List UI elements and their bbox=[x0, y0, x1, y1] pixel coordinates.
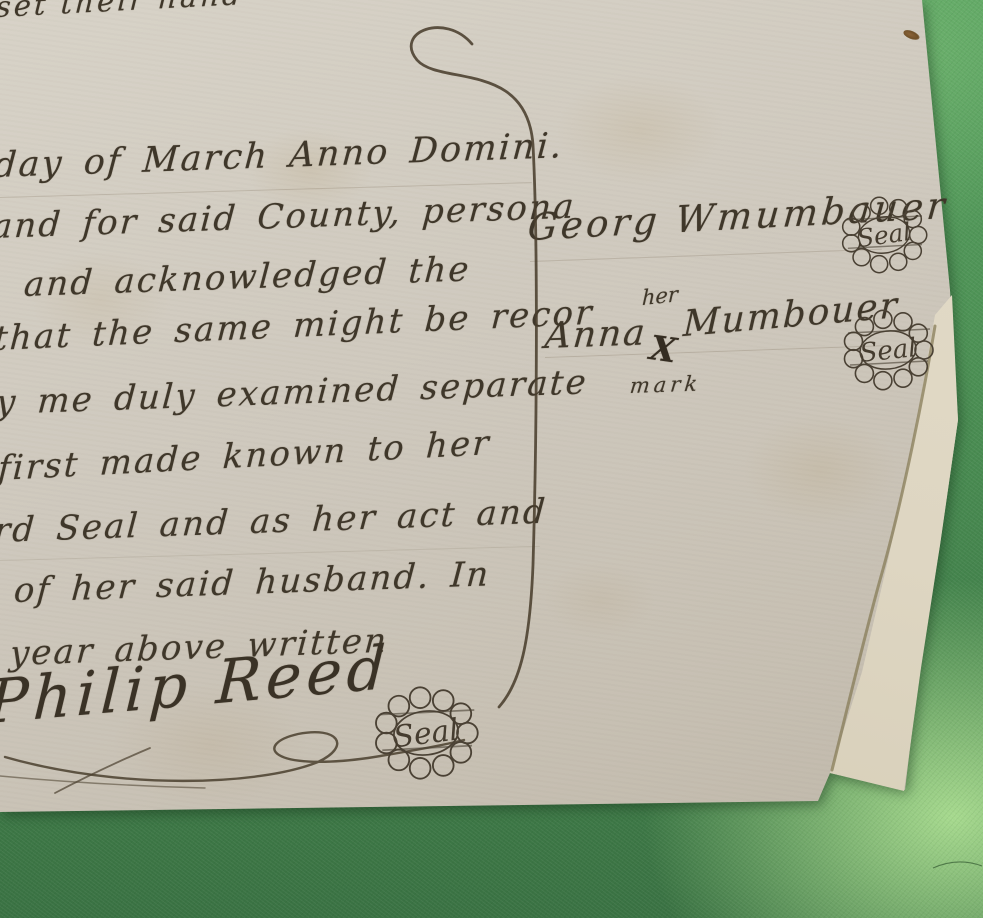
her-mark-cross: X bbox=[647, 328, 679, 371]
her-mark-label-above: her bbox=[642, 282, 679, 310]
signature-anna-mumbauer: her Anna X Mumbouer mark bbox=[540, 288, 970, 413]
her-mark-label-below: mark bbox=[629, 371, 703, 398]
anna-given-name: Anna bbox=[543, 312, 648, 357]
anna-surname: Mumbouer bbox=[682, 285, 899, 345]
photo-scene: set their hand day of March Anno Domini.… bbox=[0, 0, 983, 918]
